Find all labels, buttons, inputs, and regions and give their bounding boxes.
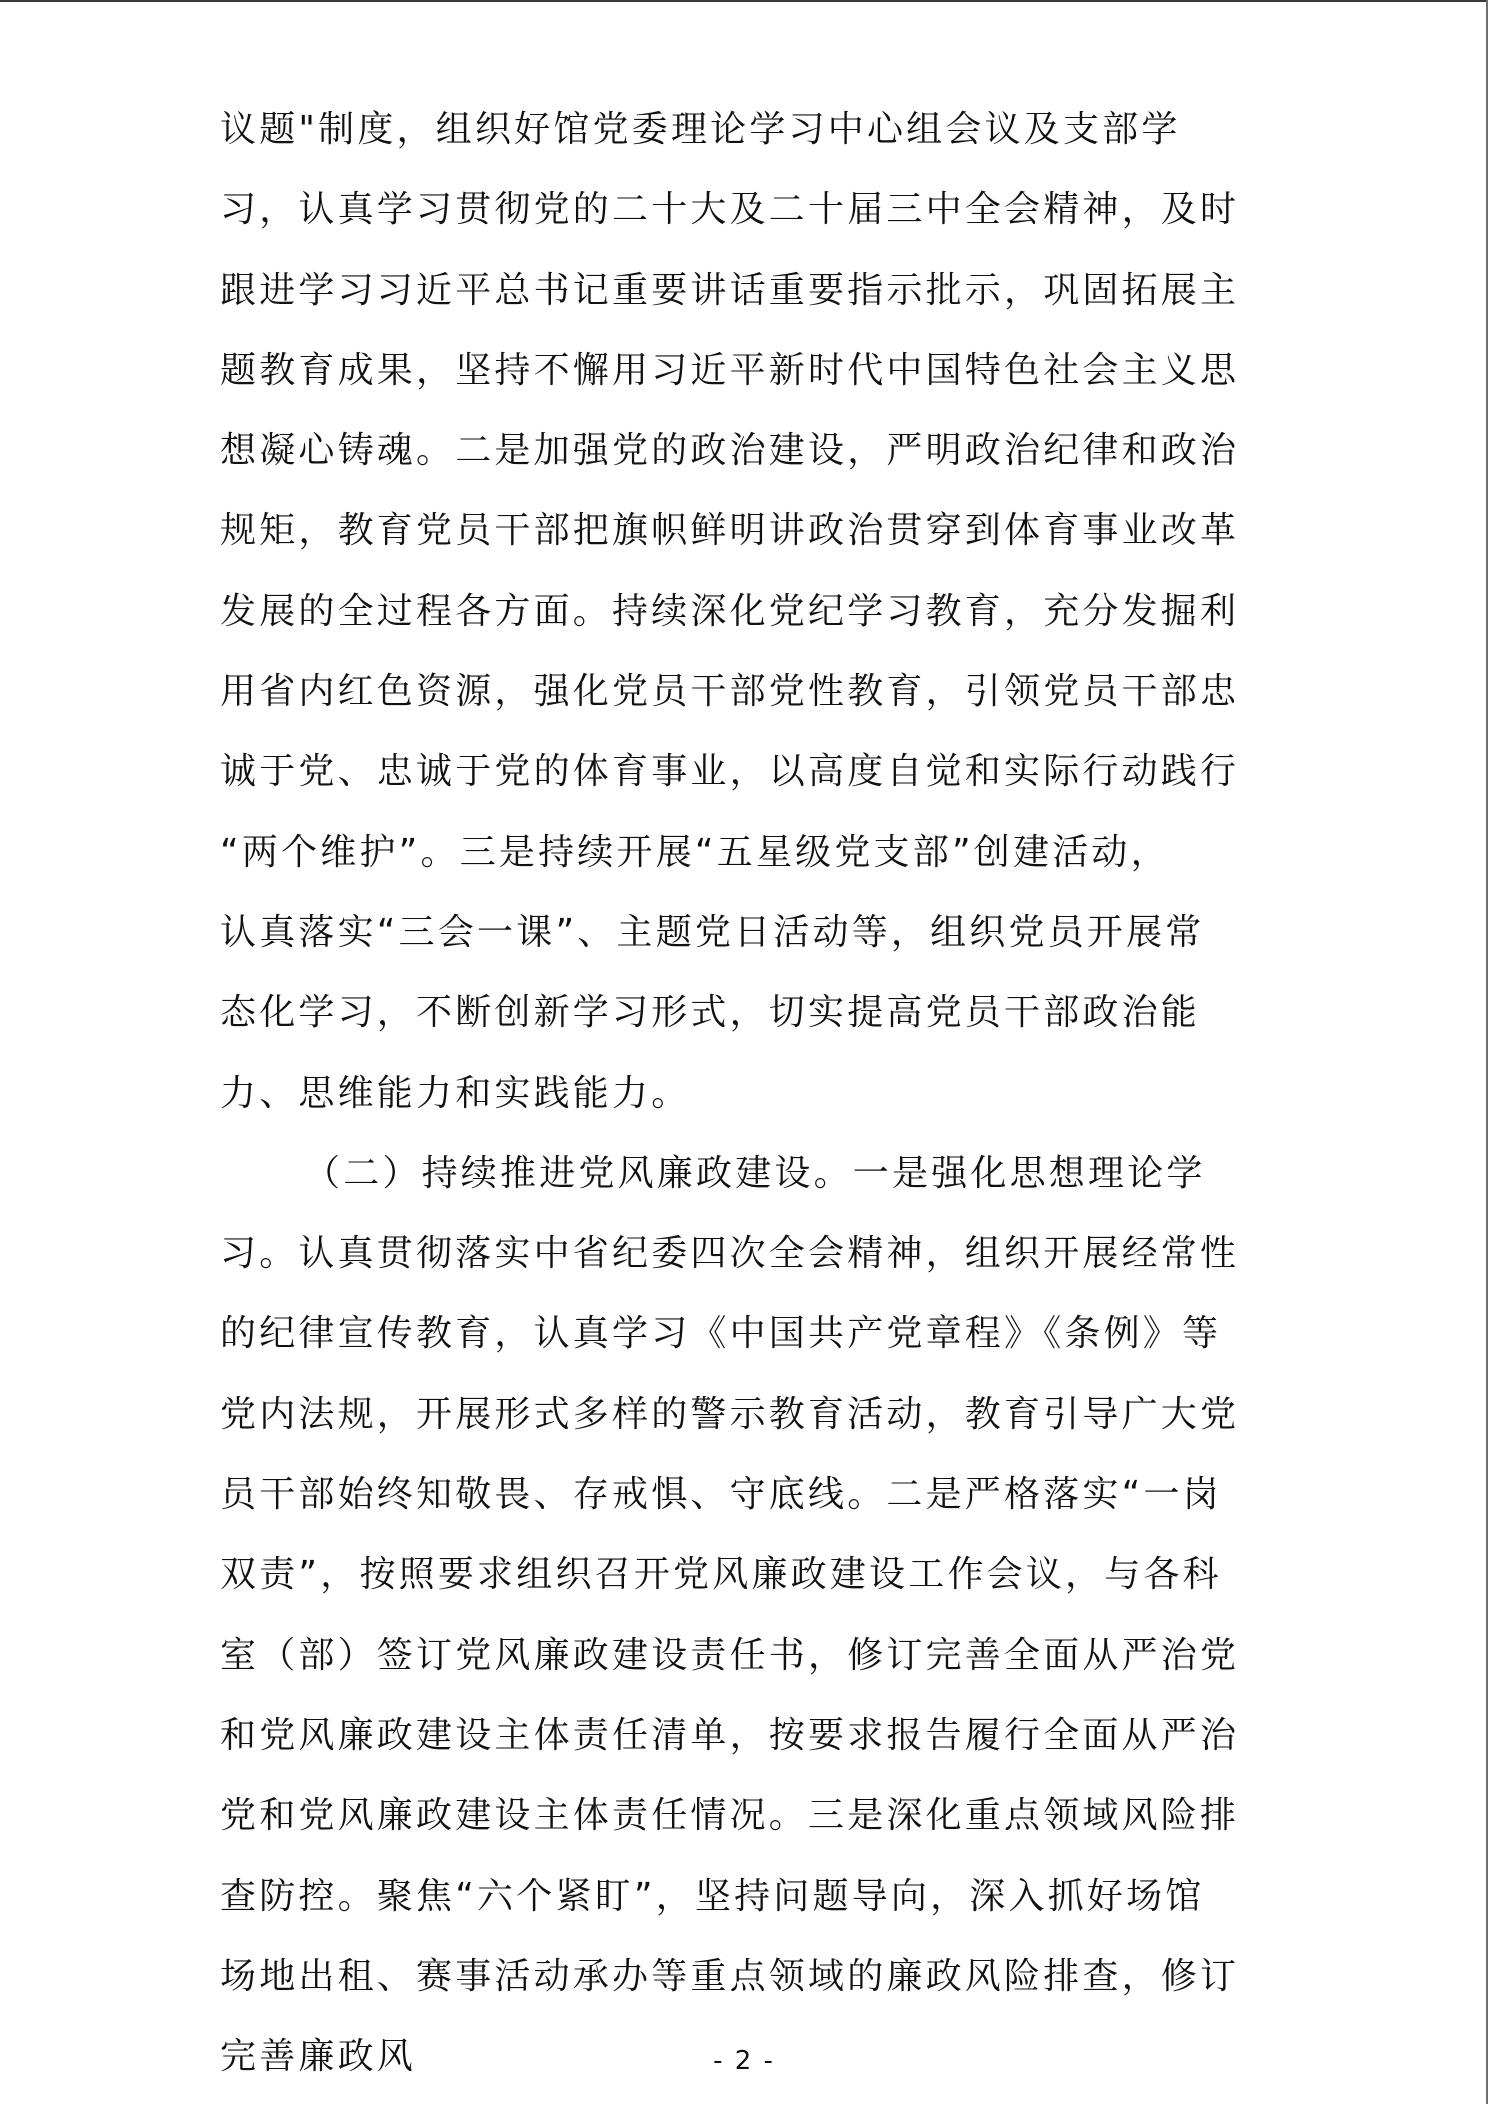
text-line: 党和党风廉政建设主体责任情况。三是深化重点领域风险排	[220, 1790, 1290, 1870]
text-line: 的纪律宣传教育，认真学习《中国共产党章程》《条例》等	[220, 1308, 1290, 1388]
text-line: 场地出租、赛事活动承办等重点领域的廉政风险排查，修订	[220, 1951, 1290, 2031]
text-line: 党内法规，开展形式多样的警示教育活动，教育引导广大党	[220, 1389, 1290, 1469]
text-line: 和党风廉政建设主体责任清单，按要求报告履行全面从严治	[220, 1710, 1290, 1790]
text-line: 习。认真贯彻落实中省纪委四次全会精神，组织开展经常性	[220, 1228, 1290, 1308]
text-line: 查防控。聚焦“六个紧盯”，坚持问题导向，深入抓好场馆	[220, 1871, 1290, 1951]
text-line: 诚于党、忠诚于党的体育事业，以高度自觉和实际行动践行	[220, 746, 1290, 826]
text-line: 用省内红色资源，强化党员干部党性教育，引领党员干部忠	[220, 666, 1290, 746]
text-line: 发展的全过程各方面。持续深化党纪学习教育，充分发掘利	[220, 586, 1290, 666]
document-body: 议题"制度，组织好馆党委理论学习中心组会议及支部学习，认真学习贯彻党的二十大及二…	[220, 104, 1290, 2104]
text-line: 题教育成果，坚持不懈用习近平新时代中国特色社会主义思	[220, 345, 1290, 425]
text-line: 员干部始终知敬畏、存戒惧、守底线。二是严格落实“一岗	[220, 1469, 1290, 1549]
text-line: 想凝心铸魂。二是加强党的政治建设，严明政治纪律和政治	[220, 425, 1290, 505]
page-number: - 2 -	[0, 2044, 1488, 2078]
text-line: 认真落实“三会一课”、主题党日活动等，组织党员开展常	[220, 907, 1290, 987]
page-top-border	[0, 0, 1488, 2]
text-line: 习，认真学习贯彻党的二十大及二十届三中全会精神，及时	[220, 184, 1290, 264]
text-line: 议题"制度，组织好馆党委理论学习中心组会议及支部学	[220, 104, 1290, 184]
text-line: “两个维护”。三是持续开展“五星级党支部”创建活动，	[220, 827, 1290, 907]
text-line: 力、思维能力和实践能力。	[220, 1068, 1290, 1148]
text-line: 态化学习，不断创新学习形式，切实提高党员干部政治能	[220, 987, 1290, 1067]
text-line: 规矩，教育党员干部把旗帜鲜明讲政治贯穿到体育事业改革	[220, 505, 1290, 585]
text-line: 跟进学习习近平总书记重要讲话重要指示批示，巩固拓展主	[220, 265, 1290, 345]
text-line: 双责”，按照要求组织召开党风廉政建设工作会议，与各科	[220, 1549, 1290, 1629]
text-line: 室（部）签订党风廉政建设责任书，修订完善全面从严治党	[220, 1630, 1290, 1710]
paragraph-heading-line: （二）持续推进党风廉政建设。一是强化思想理论学	[220, 1148, 1290, 1228]
